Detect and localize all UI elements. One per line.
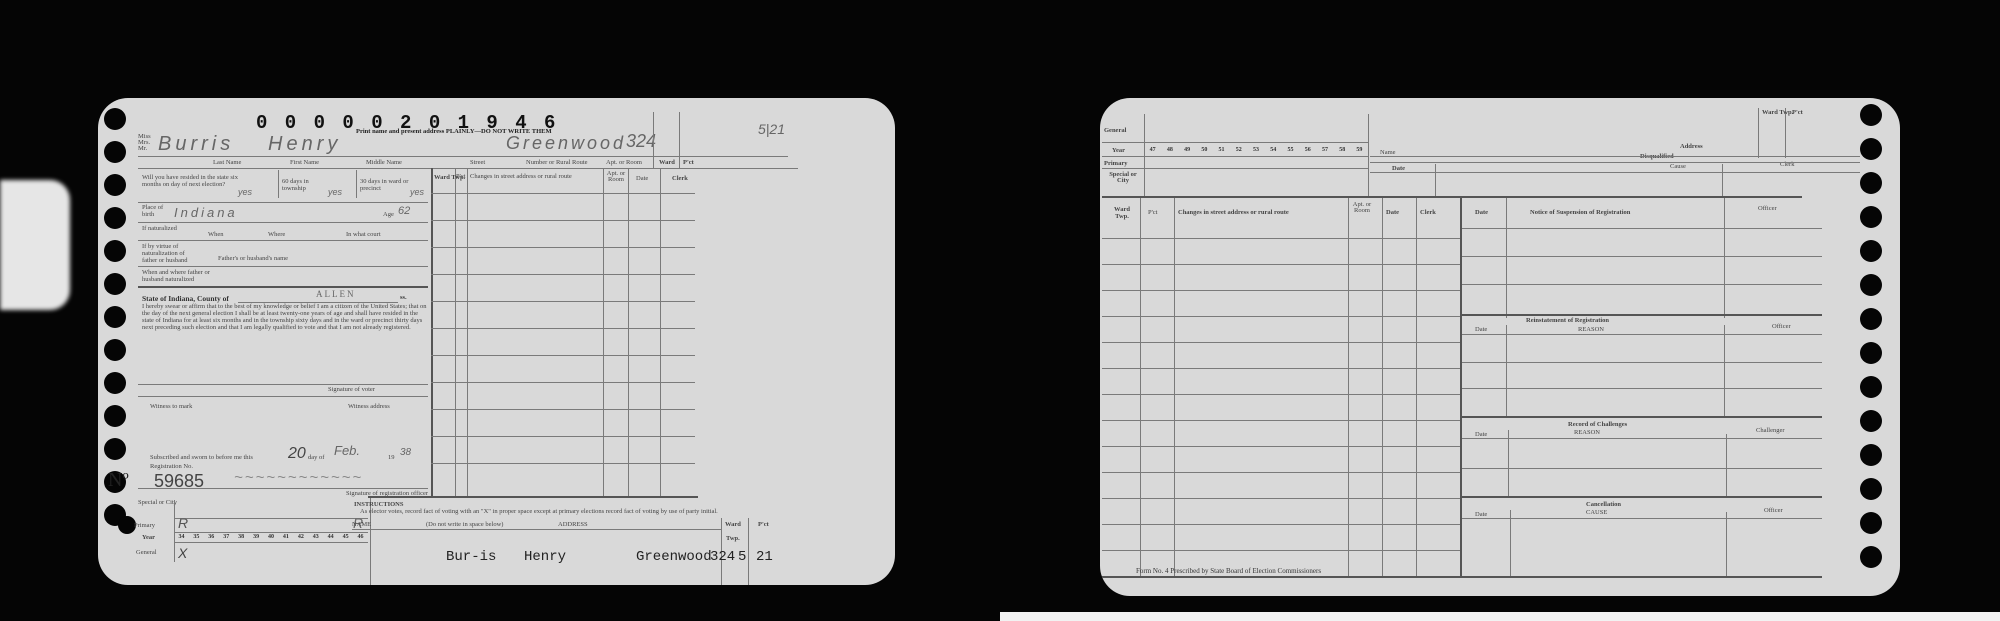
reinstatement-date: Date [1475,327,1487,334]
label-cause-r: Cause [1670,164,1686,171]
col-ward-twp-r: Ward Twp. [1108,206,1136,220]
typed-last-name: Bur-is [446,550,496,564]
punch-hole-icon [104,339,126,361]
col-clerk-r: Clerk [1420,210,1436,217]
label-by-virtue: If by virtue of naturalization of father… [142,243,192,264]
reinstatement-reason: REASON [1578,327,1604,334]
label-pct: P'ct [683,160,694,167]
punch-hole-icon [104,306,126,328]
county-value: ALLEN [316,290,356,299]
label-first-name: First Name [290,160,319,167]
label-name: NAME [352,522,371,529]
row-special: Special or City [138,500,168,506]
challenges-title: Record of Challenges [1568,422,1627,429]
col-apt: Apt. or Room [605,171,627,183]
label-court: In what court [346,232,381,239]
cancellation-title: Cancellation [1586,502,1621,509]
col-date: Date [636,176,648,183]
handwritten-year: 38 [400,448,411,458]
reinstatement-title: Reinstatement of Registration [1526,318,1609,325]
punch-hole-icon [1860,274,1882,296]
handwritten-age: 62 [398,206,410,217]
label-last-name: Last Name [213,160,241,167]
typed-pct: 21 [756,550,773,564]
punch-hole-icon [104,207,126,229]
oath-text: I hereby swear or affirm that to the bes… [142,303,428,331]
label-middle-name: Middle Name [366,160,402,167]
label-where: Where [268,232,285,239]
punch-hole-icon [1860,478,1882,500]
q-township: 60 days in township [282,178,332,192]
typed-street: Greenwood [636,550,712,564]
label-ward: Ward [659,160,675,167]
handwritten-day: 20 [288,446,306,462]
label-address: ADDRESS [558,522,588,529]
reinstatement-officer: Officer [1772,324,1791,331]
footer-twp-label: Twp. [726,536,740,543]
punch-hole-icon [1860,172,1882,194]
label-apt: Apt. or Room [606,160,642,167]
label-street: Street [470,160,485,167]
no-label: Nº [108,470,129,490]
label-day-of: day of [308,455,324,462]
cancellation-cause: CAUSE [1586,510,1607,517]
punch-hole-icon [104,174,126,196]
scan-artifact [0,180,70,310]
a-township: yes [328,188,342,197]
col-changes: Changes in street address or rural route [470,174,572,181]
handwritten-last-name: Burris [158,134,234,154]
a-ward: yes [410,188,424,197]
col-apt-r: Apt. or Room [1350,202,1374,214]
punch-hole-icon [1860,410,1882,432]
row-year-r: Year [1112,148,1125,155]
punch-hole-icon [104,240,126,262]
punch-hole-icon [104,273,126,295]
row-primary-r: Primary [1104,161,1127,168]
challenges-reason: REASON [1574,430,1600,437]
label-when: When [208,232,224,239]
challenges-challenger: Challenger [1756,428,1785,435]
handwritten-place-of-birth: Indiana [174,206,238,219]
footer-ward-label: Ward [725,522,741,529]
label-witness-address: Witness address [348,404,390,411]
typed-first-name: Henry [524,550,566,564]
punch-hole-icon [1860,342,1882,364]
row-year: Year [142,535,155,542]
col-pct: P'ct [456,174,465,181]
punch-hole-icon [1860,138,1882,160]
punch-hole-icon [1860,546,1882,568]
general-mark-34: X [178,546,187,560]
instructions-text: As elector votes, record fact of voting … [360,509,780,515]
handwritten-month: Feb. [334,444,360,457]
suspension-officer: Officer [1758,206,1777,213]
handwritten-number: 324 [626,132,656,150]
label-father-name: Father's or husband's name [218,256,288,263]
handwritten-street: Greenwood [506,134,626,152]
punch-hole-icon [1860,206,1882,228]
col-changes-r: Changes in street address or rural route [1178,210,1289,217]
scan-edge [1000,612,2000,621]
voter-registration-card-front: 0 0 0 0 0 2 0 1 9 4 6 Print name and pre… [98,98,895,585]
handwritten-first-name: Henry [268,134,341,154]
row-general-r: General [1104,128,1126,135]
a-state: yes [238,188,252,197]
form-footer: Form No. 4 Prescribed by State Board of … [1136,568,1321,575]
row-general: General [136,550,157,557]
label-registration-no: Registration No. [150,464,193,471]
punch-hole-icon [1860,376,1882,398]
footer-pct-label: P'ct [758,522,769,529]
label-place-of-birth: Place of birth [142,204,172,218]
voter-registration-card-back: General Year Primary Special or City 47 … [1100,98,1900,596]
cancellation-officer: Officer [1764,508,1783,515]
suspension-date: Date [1475,210,1488,217]
q-state: Will you have resided in the state six m… [142,174,252,188]
punch-hole-icon [104,438,126,460]
punch-hole-icon [1860,104,1882,126]
row-special-r: Special or City [1108,172,1138,184]
primary-mark-34: R [178,516,188,530]
punch-hole-icon [104,405,126,427]
label-naturalized: If naturalized [142,225,182,232]
label-pct-r: P'ct [1792,110,1803,117]
label-ward-twp-r: Ward Twp. [1762,110,1793,116]
label-age: Age [383,212,394,219]
label-address-r: Address [1680,144,1703,151]
punch-hole-icon [1860,512,1882,534]
punch-hole-icon [1860,444,1882,466]
punch-hole-icon [104,108,126,130]
col-clerk: Clerk [672,176,688,183]
label-number: Number or Rural Route [526,160,588,167]
punch-hole-icon [104,141,126,163]
label-witness-mark: Witness to mark [150,404,192,411]
oath-heading: State of Indiana, County of [142,295,229,303]
typed-ward: 5 [738,550,746,564]
punch-hole-icon [1860,308,1882,330]
ss-label: ss. [400,295,407,302]
years-row-right: 47 48 49 50 51 52 53 54 55 56 57 58 59 [1144,147,1368,155]
year-prefix: 19 [388,455,395,462]
suspension-title: Notice of Suspension of Registration [1530,210,1630,217]
punch-hole-icon [104,372,126,394]
prefix-mr: Mr. [138,146,151,152]
years-row-left: 34 35 36 37 38 39 40 41 42 43 44 45 46 [174,534,368,542]
row-primary: Primary [134,523,155,530]
label-signature-voter: Signature of voter [328,387,375,394]
label-subscribed: Subscribed and sworn to before me this [150,455,253,462]
typed-number: 324 [710,550,735,564]
label-when-where: When and where father or husband natural… [142,269,212,283]
label-disqualified: Disqualified [1640,154,1674,161]
punch-hole-icon [1860,240,1882,262]
label-no-write: (Do not write in space below) [426,522,503,529]
col-date-r: Date [1386,210,1399,217]
col-pct-r: P'ct [1148,210,1157,217]
officer-signature: ~~~~~~~~~~~~ [234,470,363,485]
handwritten-ward-pct: 5|21 [758,122,785,136]
